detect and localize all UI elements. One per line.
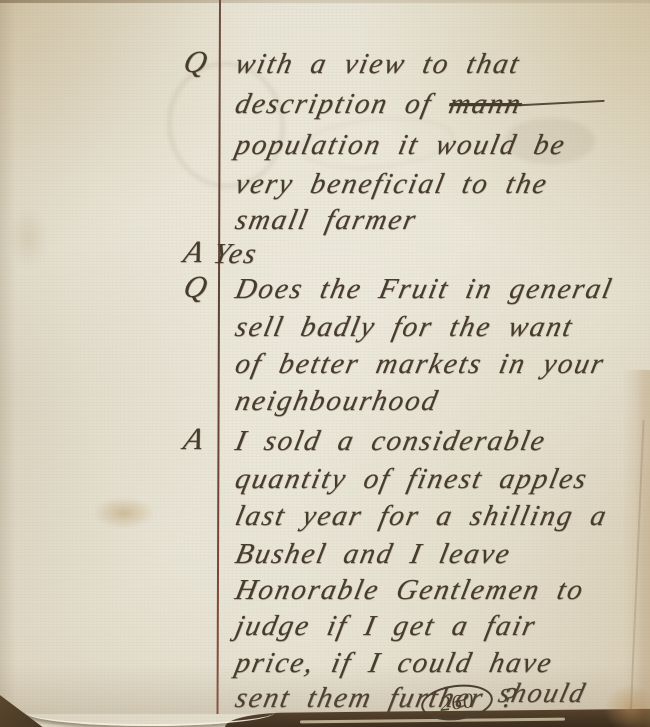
handwriting-text: Bushel and I leave: [232, 538, 514, 570]
handwriting-text: quantity of finest apples: [232, 463, 591, 495]
manuscript-line: very beneficial to the: [232, 166, 552, 202]
handwriting-text: Honorable Gentlemen to: [232, 574, 587, 606]
page-number: 260: [438, 688, 475, 717]
handwriting-text: small farmer: [232, 204, 420, 236]
handwriting-text: judge if I get a fair: [232, 610, 539, 642]
qa-marker: Q: [180, 269, 212, 305]
manuscript-line: AYes: [232, 236, 261, 272]
manuscript-line: neighbourhood: [232, 383, 442, 419]
manuscript-line: QDoes the Fruit in general: [232, 271, 616, 307]
manuscript-line: sell badly for the want: [232, 309, 577, 345]
handwriting-text: neighbourhood: [232, 385, 442, 417]
handwriting-text: very beneficial to the: [232, 168, 551, 200]
qa-marker: Q: [180, 44, 212, 80]
handwriting-text: sell badly for the want: [232, 311, 576, 343]
page-bottom-edge: [25, 698, 275, 726]
handwriting-text: last year for a shilling a: [232, 500, 610, 532]
handwriting-text: with a view to that: [232, 48, 523, 80]
manuscript-line: Bushel and I leave: [232, 536, 515, 572]
handwriting-text: Does the Fruit in general: [232, 273, 616, 305]
manuscript-line: small farmer: [232, 202, 421, 238]
catchword: should: [495, 678, 590, 710]
manuscript-page-photo: Qwith a view to that description of mann…: [0, 0, 650, 727]
manuscript-text-block: Qwith a view to that description of mann…: [0, 0, 650, 727]
qa-marker: A: [180, 234, 209, 270]
manuscript-line: Honorable Gentlemen to: [232, 572, 588, 608]
struck-out-word: mann: [446, 88, 607, 120]
manuscript-line: judge if I get a fair: [232, 608, 540, 644]
manuscript-line: AI sold a considerable: [232, 423, 550, 459]
handwriting-text: Yes: [210, 238, 260, 270]
manuscript-line: quantity of finest apples: [232, 461, 592, 497]
manuscript-line: last year for a shilling a: [232, 498, 611, 534]
manuscript-line: Qwith a view to that: [232, 46, 524, 82]
handwriting-text: population it would be: [232, 129, 569, 161]
manuscript-line: of better markets in your: [232, 346, 608, 382]
manuscript-line: population it would be: [232, 127, 569, 163]
handwriting-text: of better markets in your: [232, 348, 608, 380]
handwriting-text: description of: [232, 88, 452, 120]
qa-marker: A: [180, 421, 209, 457]
handwriting-text: I sold a considerable: [232, 425, 549, 457]
manuscript-line: description of mann: [232, 86, 608, 122]
